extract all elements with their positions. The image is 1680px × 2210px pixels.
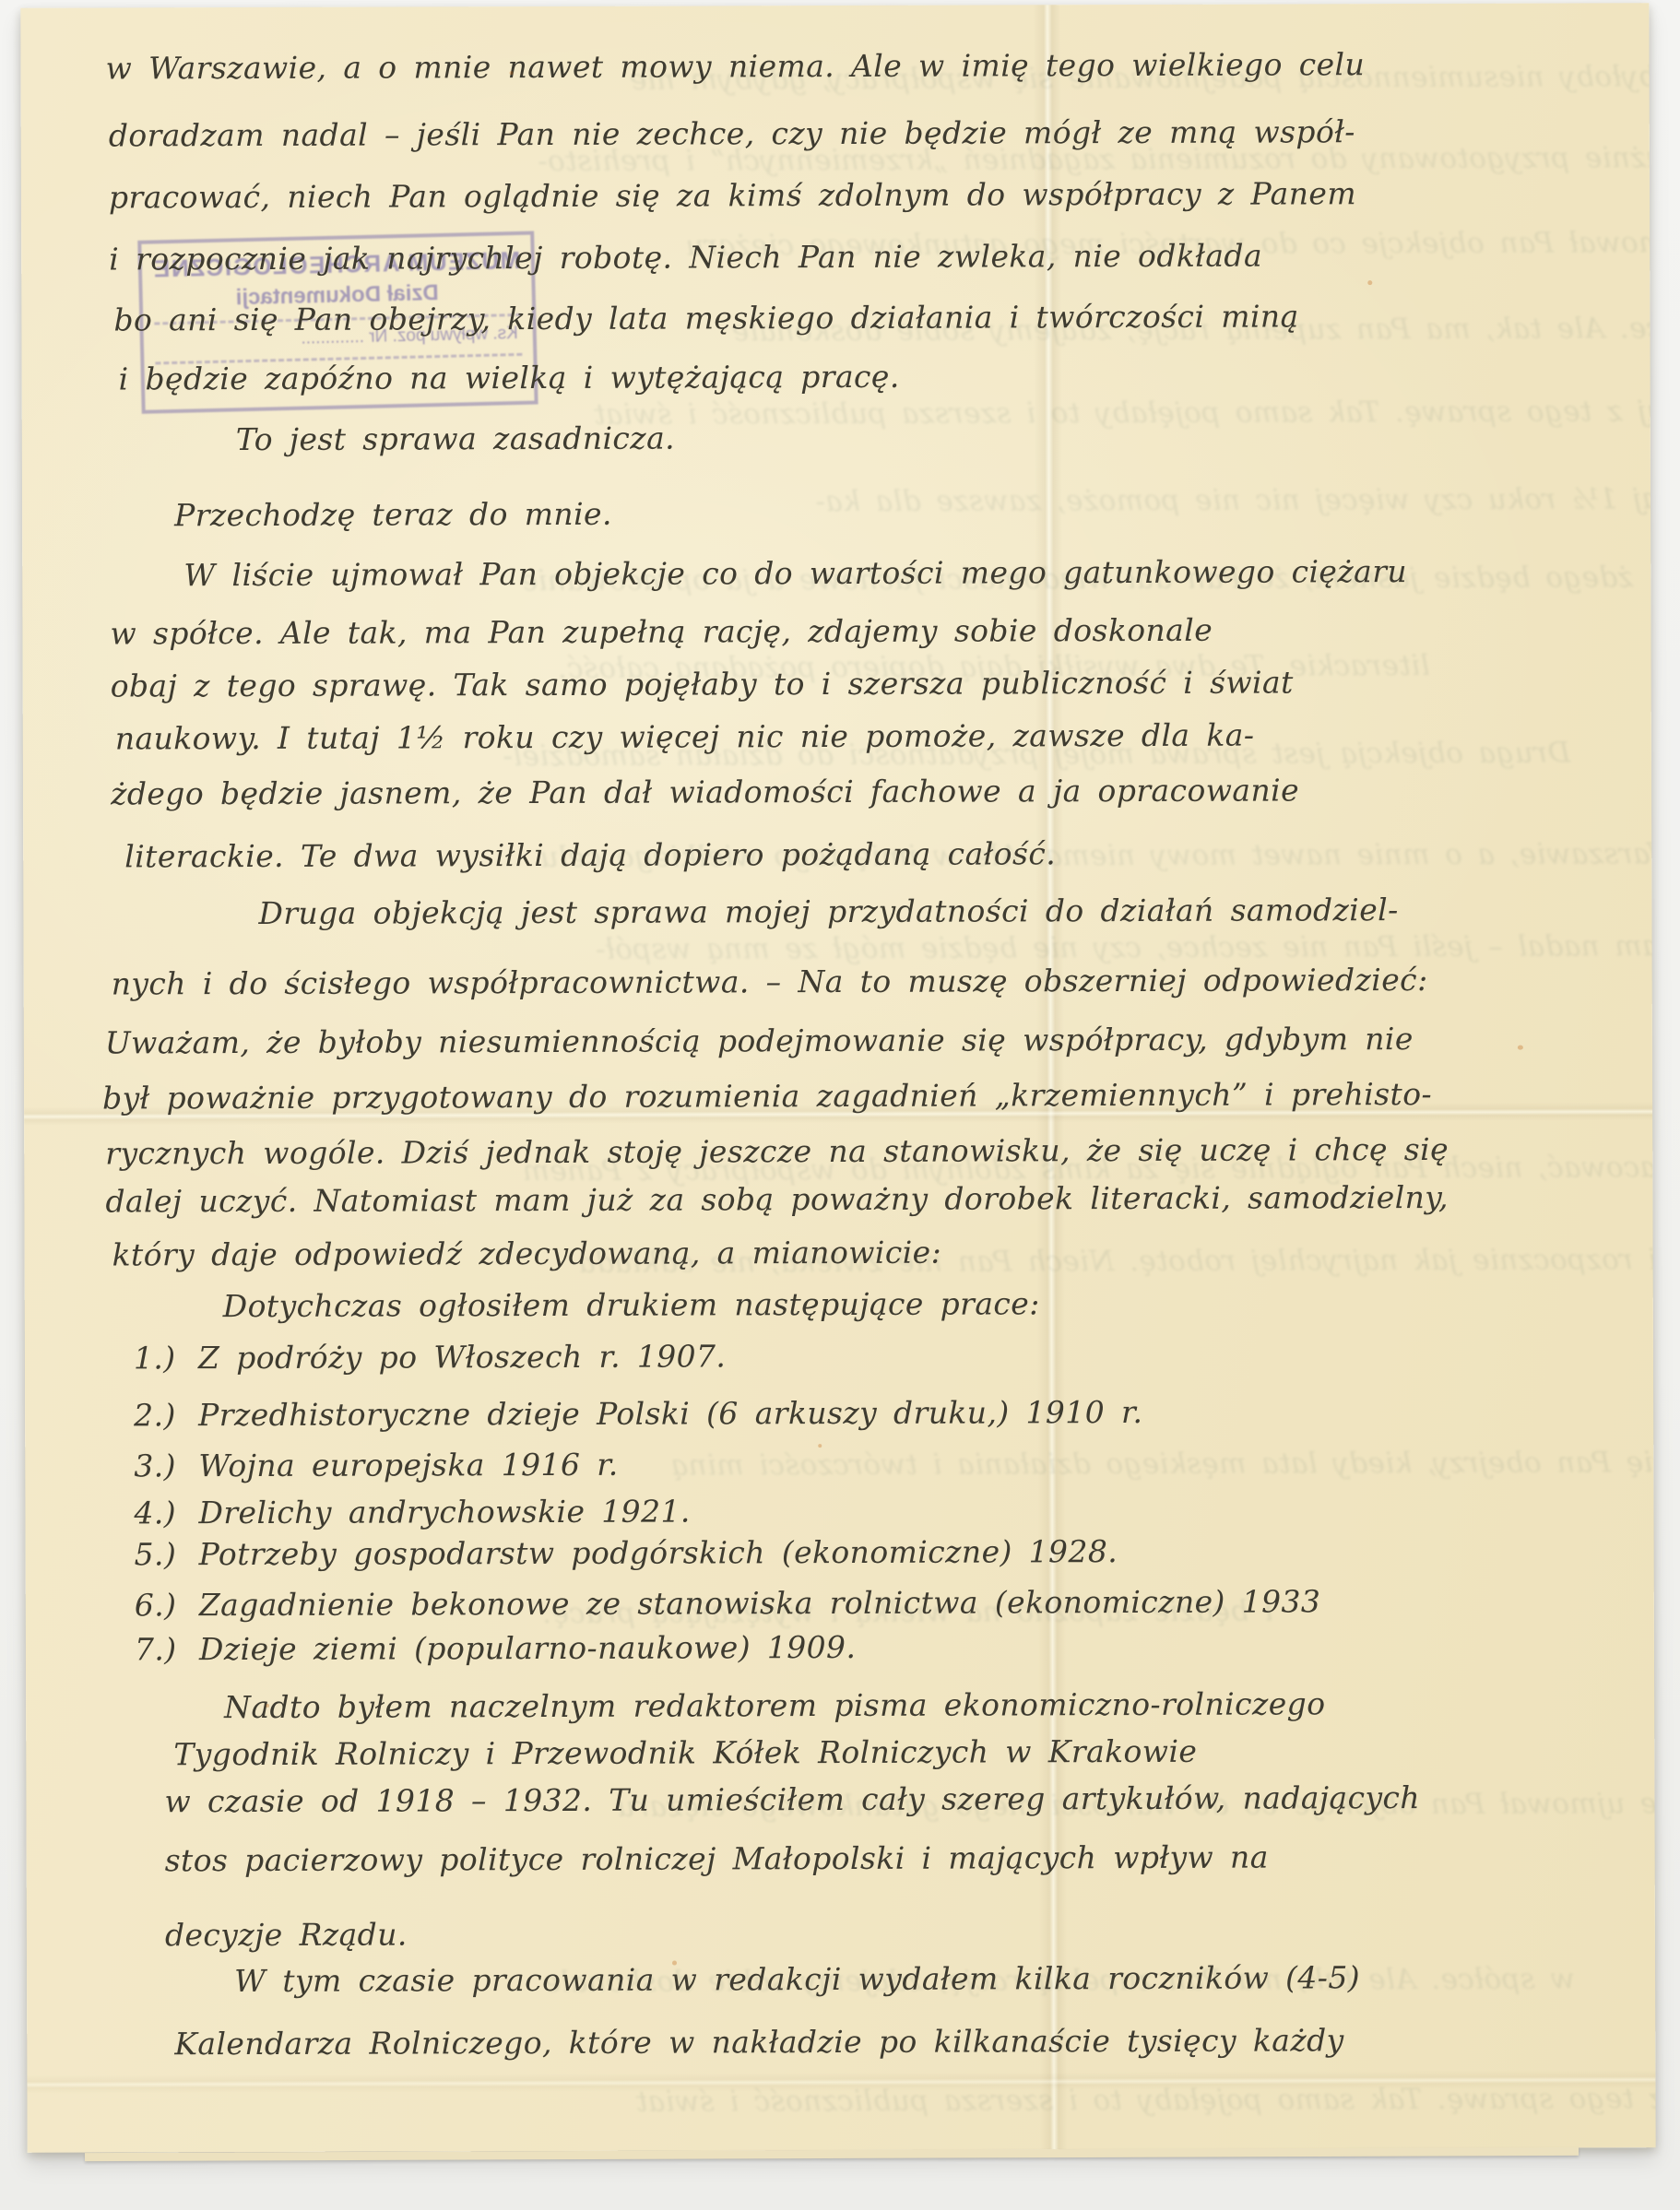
letter-scan-backdrop: { "document_kind": "handwritten letter p…	[0, 0, 1680, 2210]
handwritten-line: był poważnie przygotowany do rozumienia …	[102, 1075, 1432, 1118]
publication-item: 4.)Drelichy andrychowskie 1921.	[134, 1493, 690, 1533]
handwritten-line: literackie. Te dwa wysiłki dają dopiero …	[124, 834, 1056, 876]
publication-number: 6.)	[135, 1586, 199, 1625]
publication-number: 3.)	[134, 1447, 198, 1485]
handwritten-line: doradzam nadal – jeśli Pan nie zechce, c…	[109, 112, 1355, 155]
handwritten-line: To jest sprawa zasadnicza.	[236, 420, 675, 459]
bleed-through-line: obaj z tego sprawę. Tak samo pojęłaby to…	[635, 2082, 1655, 2119]
handwriting-layer: w Warszawie, a o mnie nawet mowy niema. …	[20, 3, 1649, 8]
bleed-through-line: bo ani się Pan obejrzy, kiedy lata męski…	[670, 1446, 1655, 1483]
publication-item: 1.)Z podróży po Włoszech r. 1907.	[134, 1337, 726, 1377]
foxing-speck	[1518, 1046, 1523, 1050]
publication-title: Zagadnienie bekonowe ze stanowiska rolni…	[199, 1583, 1321, 1623]
bleed-through-line: naukowy. I tutaj 1½ roku czy więcej nic …	[815, 481, 1656, 518]
publication-item: 2.)Przedhistoryczne dzieje Polski (6 ark…	[134, 1393, 1142, 1435]
foxing-speck	[672, 1961, 677, 1966]
publication-title: Przedhistoryczne dzieje Polski (6 arkusz…	[198, 1394, 1142, 1433]
handwritten-line: bo ani się Pan obejrzy, kiedy lata męski…	[113, 297, 1298, 339]
publication-item: 7.)Dzieje ziemi (popularno-naukowe) 1909…	[135, 1628, 857, 1669]
handwritten-line: rycznych wogóle. Dziś jednak stoję jeszc…	[105, 1130, 1449, 1174]
handwritten-line: i rozpocznie jak najrychlej robotę. Niec…	[109, 237, 1262, 279]
handwritten-line: Uważam, że byłoby niesumiennością podejm…	[105, 1020, 1414, 1062]
handwritten-line: Nadto byłem naczelnym redaktorem pisma e…	[224, 1684, 1325, 1727]
handwritten-line: decyzje Rządu.	[165, 1915, 408, 1955]
handwritten-line: żdego będzie jasnem, że Pan dał wiadomoś…	[111, 771, 1299, 813]
handwritten-line: W liście ujmował Pan objekcje co do wart…	[183, 552, 1407, 595]
handwritten-line: nych i do ścisłego współpracownictwa. – …	[112, 961, 1428, 1003]
publication-number: 2.)	[134, 1396, 198, 1435]
handwritten-line: pracować, niech Pan oglądnie się za kimś…	[109, 174, 1356, 217]
publication-number: 1.)	[134, 1339, 198, 1377]
publication-title: Z podróży po Włoszech r. 1907.	[198, 1338, 726, 1376]
handwritten-line: naukowy. I tutaj 1½ roku czy więcej nic …	[115, 716, 1255, 759]
handwritten-line: Przechodzę teraz do mnie.	[174, 495, 612, 535]
foxing-speck	[1367, 280, 1372, 285]
publication-item: 5.)Potrzeby gospodarstw podgórskich (eko…	[135, 1532, 1118, 1574]
handwritten-line: który daje odpowiedź zdecydowaną, a mian…	[112, 1234, 942, 1275]
handwritten-line: w czasie od 1918 – 1932. Tu umieściłem c…	[164, 1779, 1420, 1821]
handwritten-line: w spółce. Ale tak, ma Pan zupełną rację,…	[110, 611, 1213, 654]
bleed-through-line: obaj z tego sprawę. Tak samo pojęłaby to…	[594, 395, 1656, 431]
publication-title: Dzieje ziemi (popularno-naukowe) 1909.	[199, 1629, 856, 1667]
publication-number: 5.)	[135, 1535, 199, 1574]
publication-number: 4.)	[134, 1494, 198, 1532]
handwritten-line: obaj z tego sprawę. Tak samo pojęłaby to…	[111, 663, 1294, 705]
handwritten-line: Dotychczas ogłosiłem drukiem następujące…	[223, 1284, 1040, 1326]
bleed-through-layer: Uważam, że byłoby niesumiennością podejm…	[20, 3, 1649, 8]
publications-list: 1.)Z podróży po Włoszech r. 1907.2.)Prze…	[20, 3, 1649, 8]
handwritten-line: Tygodnik Rolniczy i Przewodnik Kółek Rol…	[173, 1732, 1197, 1774]
handwritten-line: Kalendarza Rolniczego, które w nakładzie…	[174, 2021, 1344, 2063]
letter-page: Uważam, że byłoby niesumiennością podejm…	[20, 3, 1655, 2153]
publication-title: Wojna europejska 1916 r.	[198, 1447, 618, 1483]
foxing-speck	[266, 1704, 269, 1708]
bleed-through-line: doradzam nadal – jeśli Pan nie zechce, c…	[596, 929, 1656, 966]
publication-item: 3.)Wojna europejska 1916 r.	[134, 1446, 618, 1486]
publication-item: 6.)Zagadnienie bekonowe ze stanowiska ro…	[135, 1582, 1321, 1625]
publication-number: 7.)	[135, 1630, 199, 1669]
handwritten-line: Druga objekcją jest sprawa mojej przydat…	[258, 891, 1398, 933]
handwritten-line: dalej uczyć. Natomiast mam już za sobą p…	[105, 1178, 1449, 1222]
publication-title: Drelichy andrychowskie 1921.	[198, 1494, 690, 1531]
foxing-speck	[818, 1444, 822, 1448]
handwritten-line: i będzie zapóźno na wielką i wytężającą …	[119, 358, 900, 399]
handwritten-line: w Warszawie, a o mnie nawet mowy niema. …	[105, 45, 1365, 88]
handwritten-line: stos pacierzowy polityce rolniczej Małop…	[165, 1838, 1269, 1881]
handwritten-line: W tym czasie pracowania w redakcji wydał…	[234, 1958, 1360, 2001]
publication-title: Potrzeby gospodarstw podgórskich (ekonom…	[199, 1533, 1118, 1572]
foxing-speck	[510, 71, 514, 75]
